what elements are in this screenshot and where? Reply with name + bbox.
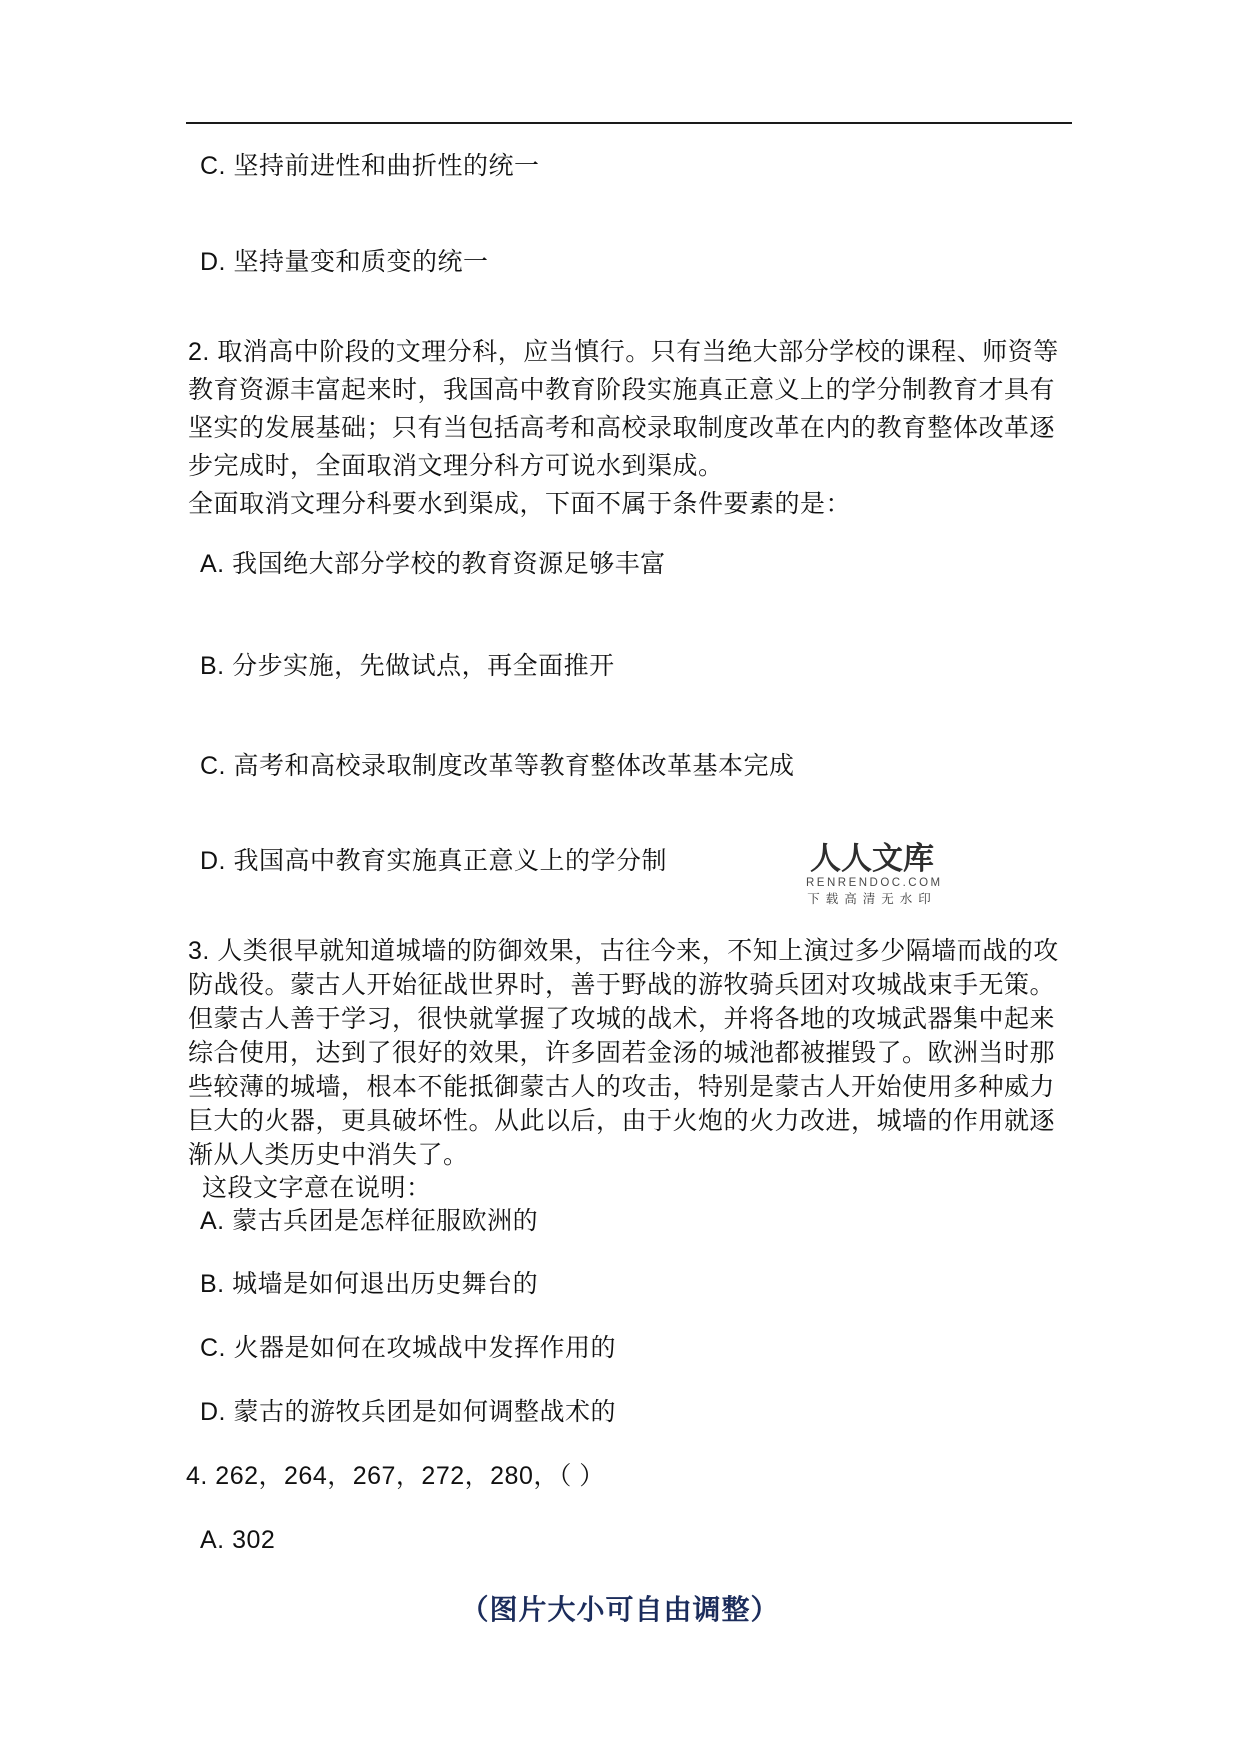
q2-option-a: A. 我国绝大部分学校的教育资源足够丰富 — [200, 548, 666, 580]
q2-option-c: C. 高考和高校录取制度改革等教育整体改革基本完成 — [200, 750, 794, 782]
watermark-domain: RENRENDOC.COM — [806, 877, 938, 890]
q4-stem: 4. 262，264，267，272，280，（ ） — [186, 1460, 605, 1492]
q2-option-b: B. 分步实施，先做试点，再全面推开 — [200, 650, 615, 682]
q3-paragraph-line-2: 防战役。蒙古人开始征战世界时，善于野战的游牧骑兵团对攻城战束手无策。 — [188, 969, 1055, 1001]
q2-paragraph-line-3: 坚实的发展基础；只有当包括高考和高校录取制度改革在内的教育整体改革逐 — [188, 412, 1055, 444]
q3-paragraph-line-1: 3. 人类很早就知道城墙的防御效果，古往今来，不知上演过多少隔墙而战的攻 — [188, 935, 1059, 967]
q2-option-d: D. 我国高中教育实施真正意义上的学分制 — [200, 845, 667, 877]
q2-question-prompt: 全面取消文理分科要水到渠成，下面不属于条件要素的是： — [188, 488, 851, 520]
watermark-brand: 人人文库 — [806, 842, 938, 875]
q3-paragraph-line-6: 巨大的火器，更具破坏性。从此以后，由于火炮的火力改进，城墙的作用就逐 — [188, 1105, 1055, 1137]
document-page: C. 坚持前进性和曲折性的统一 D. 坚持量变和质变的统一 2. 取消高中阶段的… — [0, 0, 1240, 1753]
q3-option-a: A. 蒙古兵团是怎样征服欧洲的 — [200, 1205, 538, 1237]
resize-notice: （图片大小可自由调整） — [0, 1588, 1240, 1628]
q1-option-d: D. 坚持量变和质变的统一 — [200, 246, 488, 278]
q3-paragraph-line-4: 综合使用，达到了很好的效果，许多固若金汤的城池都被摧毁了。欧洲当时那 — [188, 1037, 1055, 1069]
q3-paragraph-line-7: 渐从人类历史中消失了。 — [188, 1139, 469, 1171]
q3-option-b: B. 城墙是如何退出历史舞台的 — [200, 1268, 538, 1300]
watermark: 人人文库 RENRENDOC.COM 下载高清无水印 — [806, 842, 938, 906]
top-divider-line — [186, 122, 1072, 124]
q3-option-d: D. 蒙古的游牧兵团是如何调整战术的 — [200, 1396, 616, 1428]
q2-paragraph-line-1: 2. 取消高中阶段的文理分科，应当慎行。只有当绝大部分学校的课程、师资等 — [188, 336, 1059, 368]
q3-option-c: C. 火器是如何在攻城战中发挥作用的 — [200, 1332, 616, 1364]
q3-question-prompt: 这段文字意在说明： — [202, 1172, 432, 1204]
q2-paragraph-line-4: 步完成时，全面取消文理分科方可说水到渠成。 — [188, 450, 724, 482]
q4-option-a: A. 302 — [200, 1524, 275, 1556]
q3-paragraph-line-3: 但蒙古人善于学习，很快就掌握了攻城的战术，并将各地的攻城武器集中起来 — [188, 1003, 1055, 1035]
watermark-tagline: 下载高清无水印 — [806, 892, 938, 906]
q2-paragraph-line-2: 教育资源丰富起来时，我国高中教育阶段实施真正意义上的学分制教育才具有 — [188, 374, 1055, 406]
q1-option-c: C. 坚持前进性和曲折性的统一 — [200, 150, 539, 182]
q3-paragraph-line-5: 些较薄的城墙，根本不能抵御蒙古人的攻击，特别是蒙古人开始使用多种威力 — [188, 1071, 1055, 1103]
